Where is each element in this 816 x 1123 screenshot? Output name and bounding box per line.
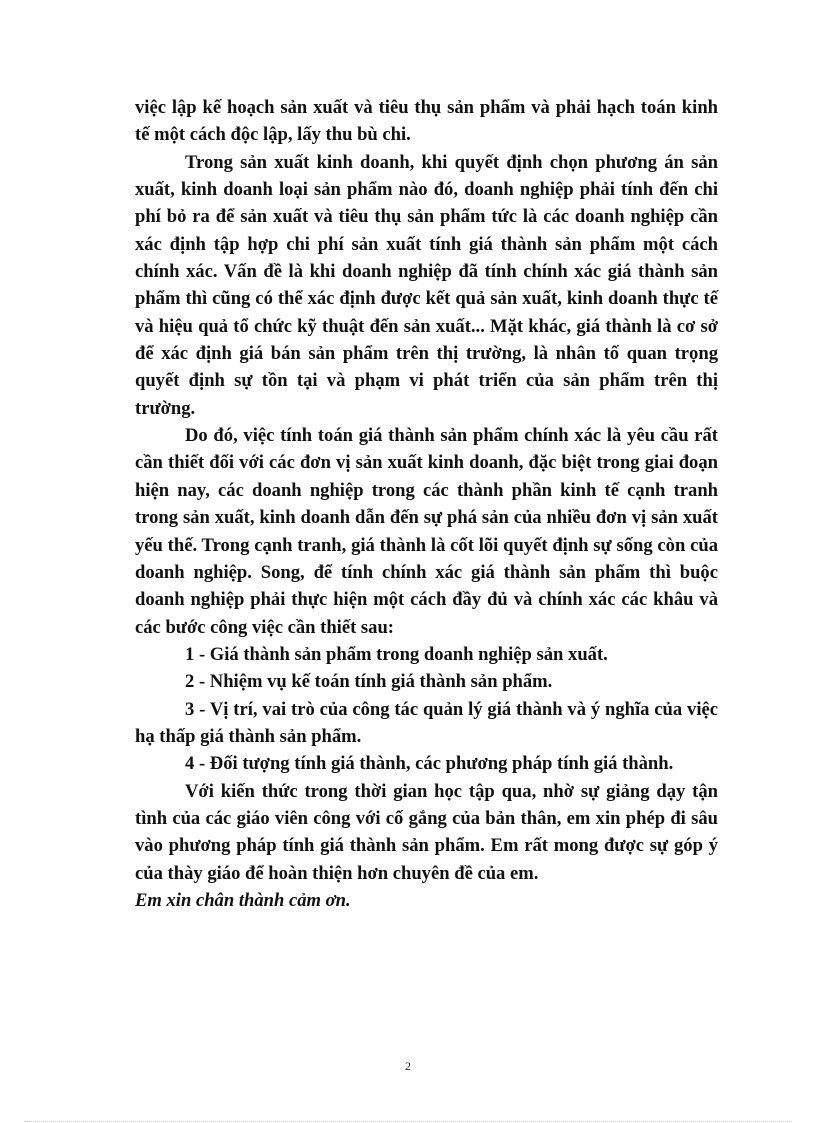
paragraph-production: Trong sản xuất kinh doanh, khi quyết địn… [135,149,718,422]
page-break-divider [24,1121,792,1122]
page-number: 2 [0,1059,816,1074]
list-item-2: 2 - Nhiệm vụ kế toán tính giá thành sản … [135,668,718,695]
list-item-4: 4 - Đối tượng tính giá thành, các phương… [135,750,718,777]
page-body: việc lập kế hoạch sản xuất và tiêu thụ s… [135,94,718,914]
paragraph-conclusion: Với kiến thức trong thời gian học tập qu… [135,778,718,887]
list-item-3: 3 - Vị trí, vai trò của công tác quản lý… [135,696,718,751]
paragraph-therefore: Do đó, việc tính toán giá thành sản phẩm… [135,422,718,641]
list-item-1: 1 - Giá thành sản phẩm trong doanh nghiệ… [135,641,718,668]
document-page: việc lập kế hoạch sản xuất và tiêu thụ s… [0,0,816,1123]
closing-thanks: Em xin chân thành cảm ơn. [135,887,718,914]
paragraph-continuation: việc lập kế hoạch sản xuất và tiêu thụ s… [135,94,718,149]
